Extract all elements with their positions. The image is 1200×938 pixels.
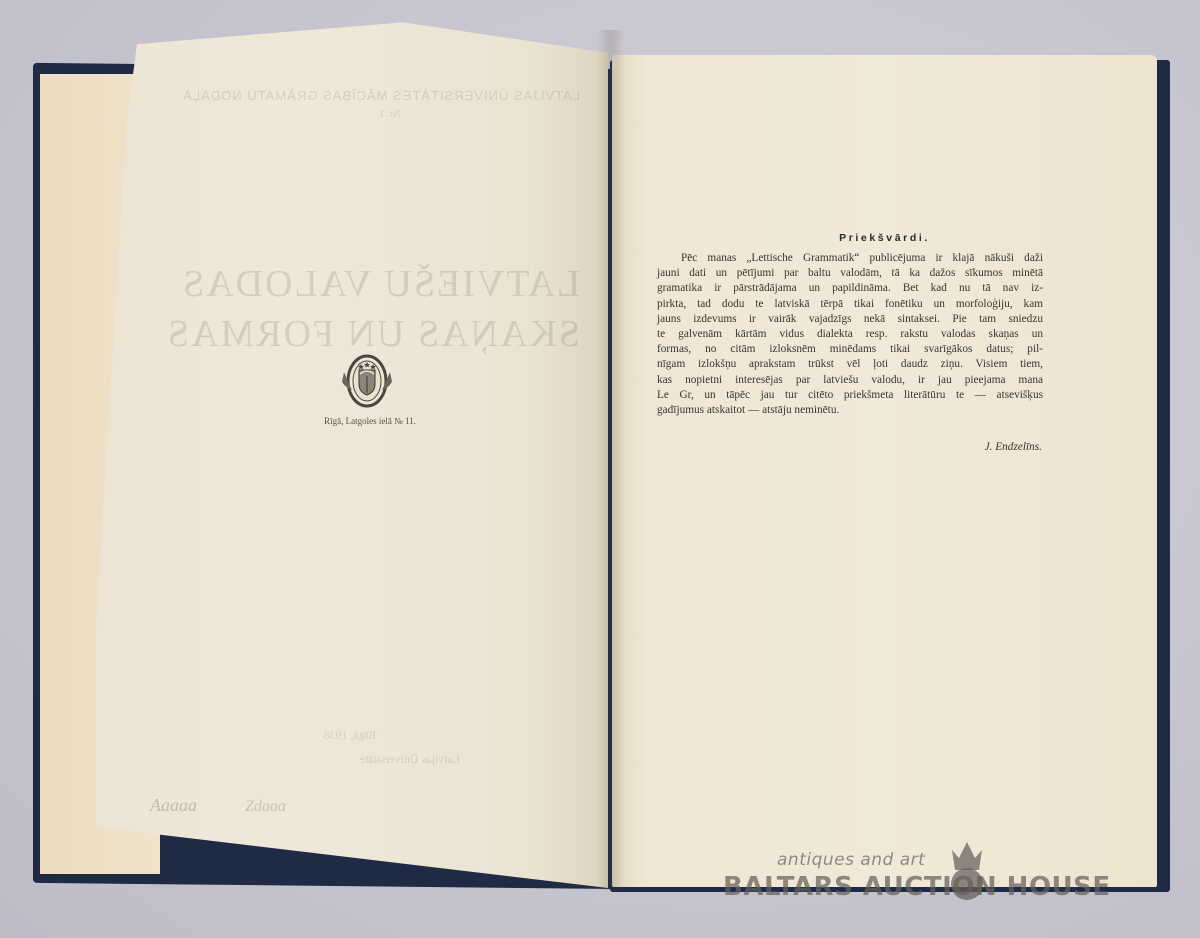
author-signature: J. Endzelīns. [900, 441, 1042, 453]
text-line: formas, no citām izloksnēm minēdams tika… [657, 342, 1043, 357]
bleed-through-header: LATVIJAS ŪNIVERSITĀTES MĀCĪBAS GRĀMATU N… [200, 88, 580, 103]
page-title: Priekšvārdi. [612, 232, 1157, 244]
text-line: Le Gr, un tāpēc jau tur citēto priekšmet… [657, 388, 1043, 403]
text-line: nīgam izlokšņu aprakstam trūkst vēl ļoti… [657, 357, 1043, 372]
bleed-through-subheader: Nr. 1 [200, 108, 580, 120]
bleed-through-title-2: SKAŅAS UN FORMAS [210, 312, 580, 356]
book-gutter [596, 30, 626, 890]
preface-body: Pēc manas „Lettische Grammatik“ publicēj… [657, 251, 1043, 418]
bleed-through-footer-1: Rīgā, 1938 [250, 728, 450, 743]
text-line: jauns izdevums ir vairāk vajadzīgs nekā … [657, 312, 1043, 327]
right-page [612, 55, 1157, 887]
bleed-through-title-1: LATVIEŠU VALODAS [210, 262, 580, 306]
bleed-through-footer-2: Latvijas Ūniversitāte [300, 752, 520, 767]
text-line: te galvenām kārtām vidus dialekta resp. … [657, 327, 1043, 342]
text-line: Pēc manas „Lettische Grammatik“ publicēj… [657, 251, 1043, 266]
text-line: jauni dati un pētījumi par baltu valodām… [657, 266, 1043, 281]
coat-of-arms-icon [336, 352, 398, 410]
watermark-tagline: antiques and art [777, 850, 925, 870]
text-line: gadījumus atskaitot — atstāju neminētu. [657, 403, 1043, 418]
pencil-mark: Aaaaa [150, 795, 197, 816]
pencil-mark: Zdaaa [245, 798, 286, 816]
emblem-caption: Rīgā, Latgoles ielā № 11. [300, 416, 440, 426]
watermark-brand: BALTARS AUCTION HOUSE [723, 872, 1111, 902]
text-line: gramatika ir pārstrādājama un papildinām… [657, 281, 1043, 296]
text-line: pirkta, tad dodu te latviskā tērpā tikai… [657, 297, 1043, 312]
text-line: kas nopietni interesējas par latviešu va… [657, 373, 1043, 388]
